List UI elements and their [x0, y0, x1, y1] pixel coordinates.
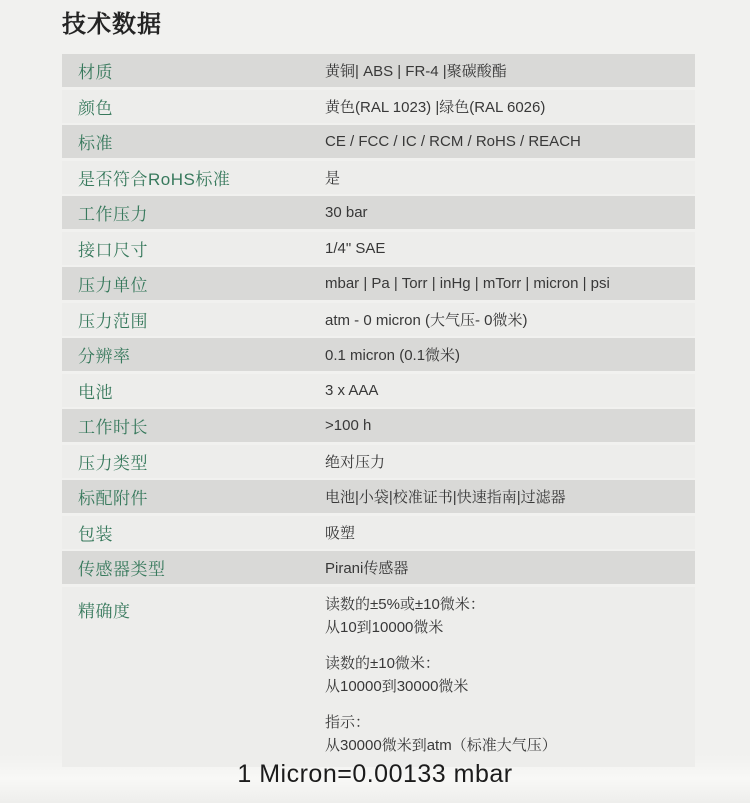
row-label: 工作压力 — [62, 200, 325, 225]
row-value: 0.1 micron (0.1微米) — [325, 344, 695, 365]
row-label: 材质 — [62, 58, 325, 83]
micron-conversion-note: 1 Micron=0.00133 mbar — [0, 760, 750, 789]
row-label: 分辨率 — [62, 342, 325, 367]
table-row-battery: 电池 3 x AAA — [62, 374, 695, 407]
table-row-color: 颜色 黄色(RAL 1023) |绿色(RAL 6026) — [62, 90, 695, 123]
table-row-pressure-type: 压力类型 绝对压力 — [62, 445, 695, 478]
spec-table: 材质 黄铜| ABS | FR-4 |聚碳酸酯 颜色 黄色(RAL 1023) … — [62, 54, 695, 769]
table-row-accuracy: 精确度 读数的±5%或±10微米： 从10到10000微米 读数的±10微米： … — [62, 587, 695, 767]
accuracy-line: 从10000到30000微米 — [325, 675, 687, 698]
table-row-accessories: 标配附件 电池|小袋|校准证书|快速指南|过滤器 — [62, 480, 695, 513]
page-title: 技术数据 — [62, 4, 162, 39]
row-label: 传感器类型 — [62, 555, 325, 580]
table-row-resolution: 分辨率 0.1 micron (0.1微米) — [62, 338, 695, 371]
table-row-pressure-units: 压力单位 mbar | Pa | Torr | inHg | mTorr | m… — [62, 267, 695, 300]
row-value: 是 — [325, 167, 695, 188]
accuracy-line: 读数的±10微米： — [325, 652, 687, 675]
table-row-packaging: 包装 吸塑 — [62, 516, 695, 549]
table-row-working-pressure: 工作压力 30 bar — [62, 196, 695, 229]
row-value: >100 h — [325, 417, 695, 434]
row-value: Pirani传感器 — [325, 557, 695, 578]
row-value: CE / FCC / IC / RCM / RoHS / REACH — [325, 133, 695, 150]
table-row-standards: 标准 CE / FCC / IC / RCM / RoHS / REACH — [62, 125, 695, 158]
spec-sheet-page: 技术数据 材质 黄铜| ABS | FR-4 |聚碳酸酯 颜色 黄色(RAL 1… — [0, 0, 750, 803]
table-row-port-size: 接口尺寸 1/4" SAE — [62, 232, 695, 265]
row-label: 颜色 — [62, 94, 325, 119]
accuracy-line-blank — [325, 698, 687, 711]
row-value: 3 x AAA — [325, 382, 695, 399]
table-row-sensor-type: 传感器类型 Pirani传感器 — [62, 551, 695, 584]
row-label: 标配附件 — [62, 484, 325, 509]
row-value: 绝对压力 — [325, 451, 695, 472]
row-label: 电池 — [62, 378, 325, 403]
accuracy-line: 指示： — [325, 711, 687, 734]
table-row-rohs: 是否符合RoHS标准 是 — [62, 161, 695, 194]
row-label: 工作时长 — [62, 413, 325, 438]
row-value: 1/4" SAE — [325, 240, 695, 257]
row-label: 压力单位 — [62, 271, 325, 296]
row-label: 标准 — [62, 129, 325, 154]
accuracy-line: 从10到10000微米 — [325, 616, 687, 639]
table-row-battery-life: 工作时长 >100 h — [62, 409, 695, 442]
table-row-pressure-range: 压力范围 atm - 0 micron (大气压- 0微米) — [62, 303, 695, 336]
row-value: atm - 0 micron (大气压- 0微米) — [325, 309, 695, 330]
row-value: 读数的±5%或±10微米： 从10到10000微米 读数的±10微米： 从100… — [325, 593, 695, 757]
row-label: 包装 — [62, 520, 325, 545]
row-label: 接口尺寸 — [62, 236, 325, 261]
accuracy-line: 读数的±5%或±10微米： — [325, 593, 687, 616]
accuracy-line: 从30000微米到atm（标准大气压） — [325, 734, 687, 757]
row-value: 黄色(RAL 1023) |绿色(RAL 6026) — [325, 96, 695, 117]
row-value: 黄铜| ABS | FR-4 |聚碳酸酯 — [325, 60, 695, 81]
table-row-material: 材质 黄铜| ABS | FR-4 |聚碳酸酯 — [62, 54, 695, 87]
row-label: 压力范围 — [62, 307, 325, 332]
row-label: 压力类型 — [62, 449, 325, 474]
row-value: mbar | Pa | Torr | inHg | mTorr | micron… — [325, 275, 695, 292]
row-value: 30 bar — [325, 204, 695, 221]
row-label: 是否符合RoHS标准 — [62, 165, 325, 190]
row-label: 精确度 — [62, 593, 325, 622]
row-value: 吸塑 — [325, 522, 695, 543]
row-value: 电池|小袋|校准证书|快速指南|过滤器 — [325, 486, 695, 507]
accuracy-line-blank — [325, 639, 687, 652]
